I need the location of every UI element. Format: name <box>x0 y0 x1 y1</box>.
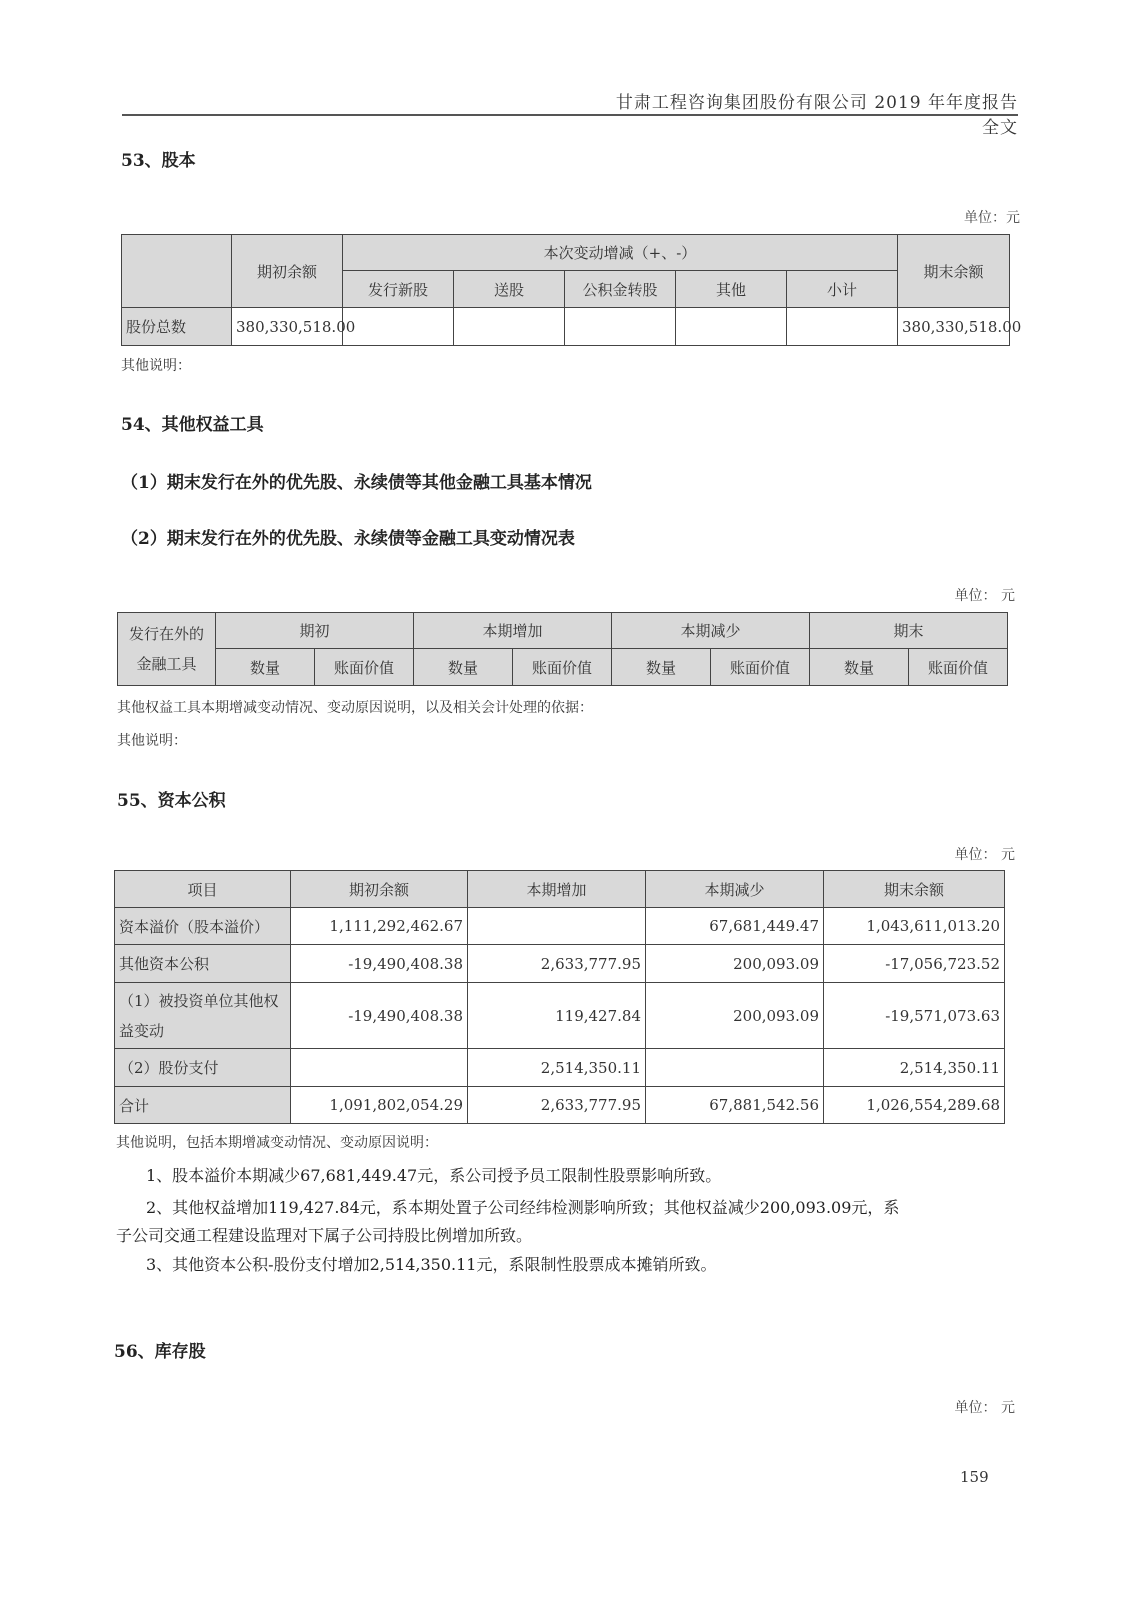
section-53-unit: 单位：元 <box>940 207 1020 227</box>
cell-reserve-conversion <box>565 308 676 346</box>
section-55-note-2b: 子公司交通工程建设监理对下属子公司持股比例增加所致。 <box>116 1223 532 1246</box>
table-row-total: 合计 1,091,802,054.29 2,633,777.95 67,881,… <box>115 1087 1005 1124</box>
cell-new-issue <box>343 308 454 346</box>
cell-opening <box>291 1049 468 1087</box>
cell-opening: -19,490,408.38 <box>291 983 468 1049</box>
share-capital-table: 期初余额 本次变动增减（+、-） 期末余额 发行新股 送股 公积金转股 其他 小… <box>121 234 1010 346</box>
cell-decrease: 67,681,449.47 <box>646 908 824 945</box>
row-label: 股份总数 <box>122 308 232 346</box>
header-decrease: 本期减少 <box>646 871 824 908</box>
section-55-note-2a: 2、其他权益增加119,427.84元，系本期处置子公司经纬检测影响所致；其他权… <box>146 1195 899 1218</box>
section-56-title: 56、库存股 <box>114 1337 206 1362</box>
header-change-group: 本次变动增减（+、-） <box>343 235 898 271</box>
row-item: 合计 <box>115 1087 291 1124</box>
section-55-unit: 单位： 元 <box>900 844 1015 864</box>
cell-increase: 2,633,777.95 <box>468 1087 646 1124</box>
row-item: 资本溢价（股本溢价） <box>115 908 291 945</box>
section-55-title: 55、资本公积 <box>117 786 226 811</box>
header-bonus-shares: 送股 <box>454 271 565 308</box>
section-54-note2: 其他说明： <box>117 730 187 750</box>
header-divider <box>122 114 1018 116</box>
cell-opening: 1,111,292,462.67 <box>291 908 468 945</box>
header-subtotal: 小计 <box>787 271 898 308</box>
cell-opening: -19,490,408.38 <box>291 945 468 983</box>
header-opening-balance: 期初余额 <box>291 871 468 908</box>
header-book-value: 账面价值 <box>909 649 1008 686</box>
section-54-unit: 单位： 元 <box>900 585 1015 605</box>
header-book-value: 账面价值 <box>513 649 612 686</box>
capital-reserve-table: 项目 期初余额 本期增加 本期减少 期末余额 资本溢价（股本溢价） 1,111,… <box>114 870 1005 1124</box>
header-new-issue: 发行新股 <box>343 271 454 308</box>
cell-decrease: 200,093.09 <box>646 983 824 1049</box>
page-number: 159 <box>960 1468 989 1486</box>
header-instrument: 发行在外的 金融工具 <box>118 613 216 686</box>
cell-closing: 2,514,350.11 <box>824 1049 1005 1087</box>
document-header-title: 甘肃工程咨询集团股份有限公司 2019 年年度报告全文 <box>600 88 1018 138</box>
header-group-closing: 期末 <box>810 613 1008 649</box>
cell-increase <box>468 908 646 945</box>
header-opening-balance: 期初余额 <box>232 235 343 308</box>
header-closing-balance: 期末余额 <box>898 235 1010 308</box>
header-instrument-line1: 发行在外的 <box>122 619 211 649</box>
header-book-value: 账面价值 <box>711 649 810 686</box>
cell-opening: 1,091,802,054.29 <box>291 1087 468 1124</box>
section-56-unit: 单位： 元 <box>900 1397 1015 1417</box>
section-54-title: 54、其他权益工具 <box>121 410 264 435</box>
header-other: 其他 <box>676 271 787 308</box>
header-group-decrease: 本期减少 <box>612 613 810 649</box>
table-row: 资本溢价（股本溢价） 1,111,292,462.67 67,681,449.4… <box>115 908 1005 945</box>
section-54-note1: 其他权益工具本期增减变动情况、变动原因说明，以及相关会计处理的依据： <box>117 697 593 717</box>
header-group-increase: 本期增加 <box>414 613 612 649</box>
header-closing-balance: 期末余额 <box>824 871 1005 908</box>
header-book-value: 账面价值 <box>315 649 414 686</box>
cell-closing: 380,330,518.00 <box>898 308 1010 346</box>
section-53-title: 53、股本 <box>121 146 196 171</box>
header-qty: 数量 <box>612 649 711 686</box>
header-increase: 本期增加 <box>468 871 646 908</box>
section-54-sub1: （1）期末发行在外的优先股、永续债等其他金融工具基本情况 <box>121 468 592 493</box>
table-row: 股份总数 380,330,518.00 380,330,518.00 <box>122 308 1010 346</box>
table-row: （2）股份支付 2,514,350.11 2,514,350.11 <box>115 1049 1005 1087</box>
row-item: 其他资本公积 <box>115 945 291 983</box>
header-item: 项目 <box>115 871 291 908</box>
cell-increase: 2,514,350.11 <box>468 1049 646 1087</box>
header-instrument-line2: 金融工具 <box>122 649 211 679</box>
cell-opening: 380,330,518.00 <box>232 308 343 346</box>
section-53-note: 其他说明： <box>121 355 191 375</box>
section-55-note-intro: 其他说明，包括本期增减变动情况、变动原因说明： <box>116 1132 438 1152</box>
header-qty: 数量 <box>216 649 315 686</box>
header-qty: 数量 <box>810 649 909 686</box>
table-row: 其他资本公积 -19,490,408.38 2,633,777.95 200,0… <box>115 945 1005 983</box>
row-item: （1）被投资单位其他权益变动 <box>115 983 291 1049</box>
cell-increase: 119,427.84 <box>468 983 646 1049</box>
cell-other <box>676 308 787 346</box>
header-group-opening: 期初 <box>216 613 414 649</box>
cell-bonus <box>454 308 565 346</box>
cell-closing: 1,043,611,013.20 <box>824 908 1005 945</box>
cell-closing: -19,571,073.63 <box>824 983 1005 1049</box>
header-qty: 数量 <box>414 649 513 686</box>
cell-increase: 2,633,777.95 <box>468 945 646 983</box>
other-equity-instruments-table: 发行在外的 金融工具 期初 本期增加 本期减少 期末 数量 账面价值 数量 账面… <box>117 612 1008 686</box>
cell-decrease: 200,093.09 <box>646 945 824 983</box>
table-row: （1）被投资单位其他权益变动 -19,490,408.38 119,427.84… <box>115 983 1005 1049</box>
cell-closing: 1,026,554,289.68 <box>824 1087 1005 1124</box>
table-corner-cell <box>122 235 232 308</box>
header-reserve-conversion: 公积金转股 <box>565 271 676 308</box>
section-54-sub2: （2）期末发行在外的优先股、永续债等金融工具变动情况表 <box>121 524 575 549</box>
section-55-note-3: 3、其他资本公积-股份支付增加2,514,350.11元，系限制性股票成本摊销所… <box>146 1252 716 1275</box>
cell-closing: -17,056,723.52 <box>824 945 1005 983</box>
row-item: （2）股份支付 <box>115 1049 291 1087</box>
cell-decrease: 67,881,542.56 <box>646 1087 824 1124</box>
cell-decrease <box>646 1049 824 1087</box>
section-55-note-1: 1、股本溢价本期减少67,681,449.47元，系公司授予员工限制性股票影响所… <box>146 1163 721 1186</box>
cell-subtotal <box>787 308 898 346</box>
